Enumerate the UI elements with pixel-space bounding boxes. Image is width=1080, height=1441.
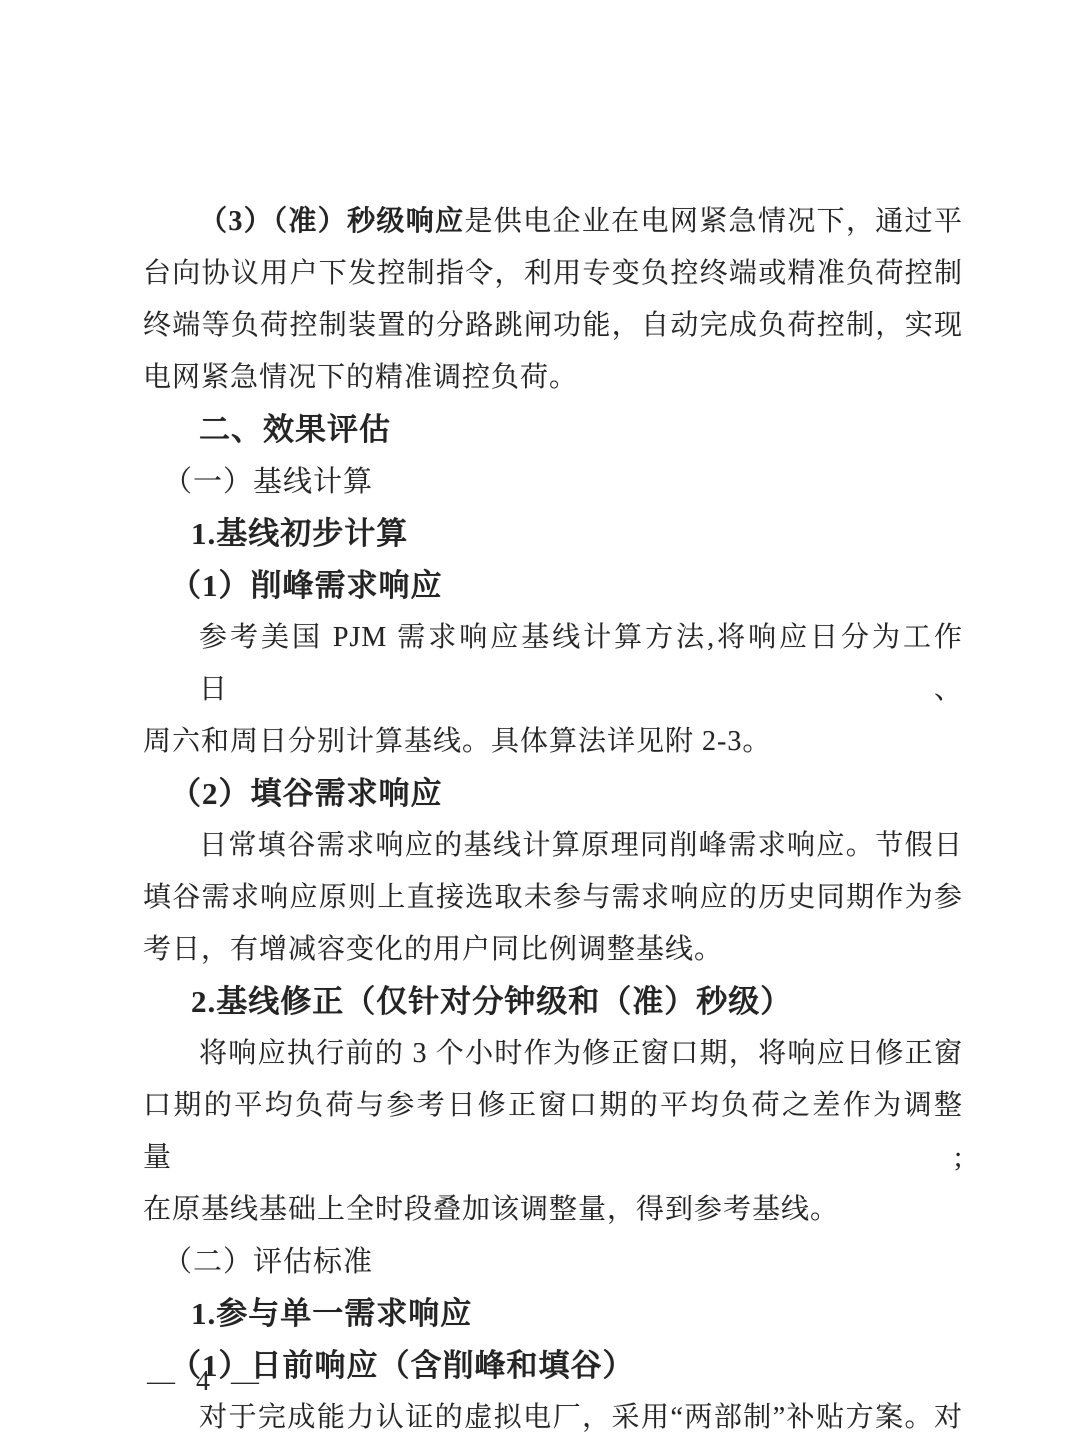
paragraph-bold-lead: （3）（准）秒级响应 bbox=[199, 206, 464, 237]
paragraph-text: 是供电企业在电网紧急情况下，通过平 bbox=[464, 206, 963, 237]
paragraph-line: 周六和周日分别计算基线。具体算法详见附 2-3。 bbox=[143, 716, 963, 768]
item-heading: （1）削峰需求响应 bbox=[143, 560, 963, 612]
paragraph-line: 台向协议用户下发控制指令，利用专变负控终端或精准负荷控制 bbox=[143, 248, 963, 300]
subsection-heading: （二）评估标准 bbox=[143, 1236, 963, 1288]
numbered-heading: 1.参与单一需求响应 bbox=[143, 1288, 963, 1340]
section-heading: 二、效果评估 bbox=[143, 404, 963, 456]
paragraph-line: 终端等负荷控制装置的分路跳闸功能，自动完成负荷控制，实现 bbox=[143, 300, 963, 352]
paragraph-line: 填谷需求响应原则上直接选取未参与需求响应的历史同期作为参 bbox=[143, 872, 963, 924]
subsection-heading: （一）基线计算 bbox=[143, 456, 963, 508]
paragraph-line: 日常填谷需求响应的基线计算原理同削峰需求响应。节假日 bbox=[143, 820, 963, 872]
paragraph-line: 对于完成能力认证的虚拟电厂，采用“两部制”补贴方案。对 bbox=[143, 1392, 963, 1441]
paragraph-line: 电网紧急情况下的精准调控负荷。 bbox=[143, 352, 963, 404]
paragraph-line: 口期的平均负荷与参考日修正窗口期的平均负荷之差作为调整量; bbox=[143, 1080, 963, 1184]
paragraph-line: 考日，有增减容变化的用户同比例调整基线。 bbox=[143, 924, 963, 976]
document-page: （3）（准）秒级响应是供电企业在电网紧急情况下，通过平 台向协议用户下发控制指令… bbox=[0, 0, 1080, 1441]
numbered-heading: 2.基线修正（仅针对分钟级和（准）秒级） bbox=[143, 976, 963, 1028]
page-footer: — 4 — bbox=[147, 1356, 259, 1408]
footer-dash-left: — bbox=[147, 1356, 175, 1408]
item-heading: （1）日前响应（含削峰和填谷） bbox=[143, 1340, 963, 1392]
item-heading: （2）填谷需求响应 bbox=[143, 768, 963, 820]
paragraph-line: （3）（准）秒级响应是供电企业在电网紧急情况下，通过平 bbox=[143, 196, 963, 248]
footer-dash-right: — bbox=[231, 1356, 259, 1408]
document-body: （3）（准）秒级响应是供电企业在电网紧急情况下，通过平 台向协议用户下发控制指令… bbox=[143, 196, 963, 1441]
paragraph-line: 在原基线基础上全时段叠加该调整量，得到参考基线。 bbox=[143, 1184, 963, 1236]
page-number: 4 bbox=[196, 1356, 210, 1408]
paragraph-line: 将响应执行前的 3 个小时作为修正窗口期，将响应日修正窗 bbox=[143, 1028, 963, 1080]
numbered-heading: 1.基线初步计算 bbox=[143, 508, 963, 560]
paragraph-line: 参考美国 PJM 需求响应基线计算方法,将响应日分为工作日、 bbox=[143, 612, 963, 716]
